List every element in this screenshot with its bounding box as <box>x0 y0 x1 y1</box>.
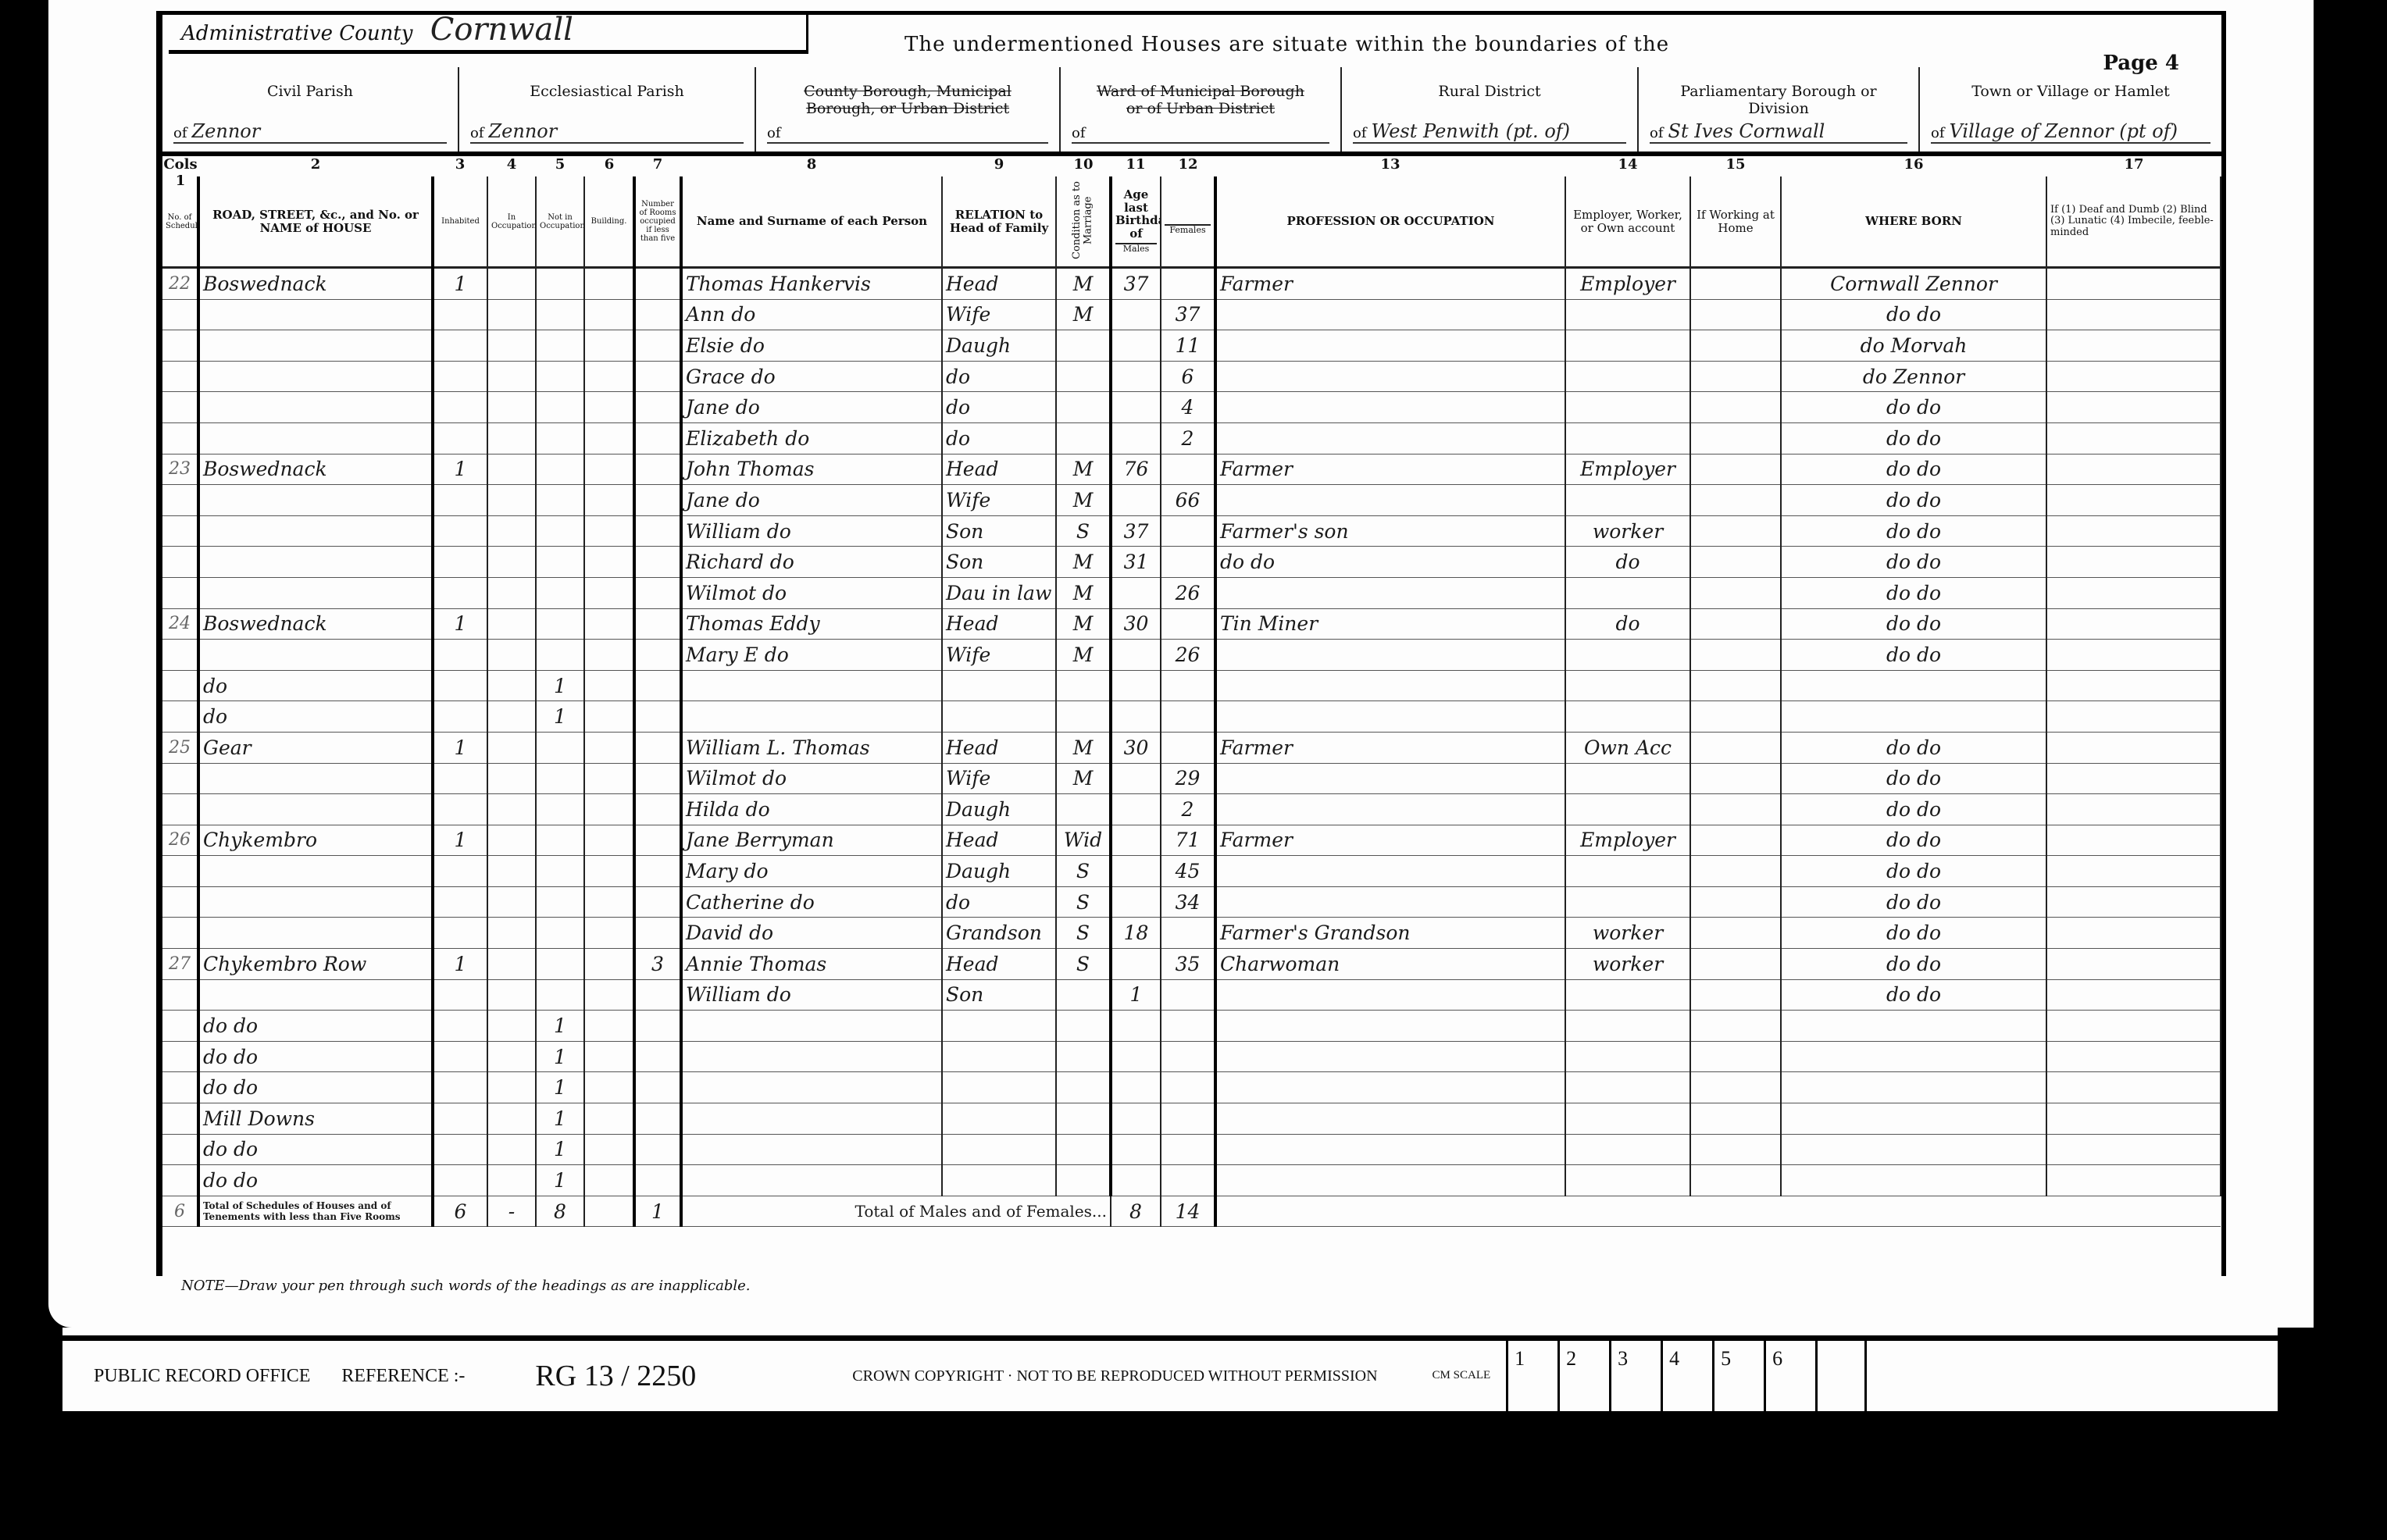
in-occupation-cell <box>487 268 536 300</box>
inhabited-cell <box>433 640 487 671</box>
building-cell <box>584 763 634 794</box>
rooms-cell <box>634 268 681 300</box>
relation-cell <box>942 1041 1056 1072</box>
inhabited-cell <box>433 918 487 949</box>
working-home-cell <box>1690 640 1781 671</box>
total-females: 14 <box>1161 1196 1215 1227</box>
not-in-occupation-cell <box>536 330 584 362</box>
not-in-occupation-cell: 1 <box>536 670 584 701</box>
male-age-cell <box>1111 361 1161 392</box>
rooms-cell <box>634 979 681 1011</box>
female-age-cell <box>1161 1041 1215 1072</box>
relation-cell: Wife <box>942 299 1056 330</box>
inhabited-cell <box>433 515 487 547</box>
road-cell: do do <box>198 1072 433 1103</box>
working-home-cell <box>1690 299 1781 330</box>
building-cell <box>584 330 634 362</box>
female-age-cell: 2 <box>1161 422 1215 454</box>
relation-cell <box>942 701 1056 733</box>
where-born-cell: do do <box>1781 918 2046 949</box>
working-home-cell <box>1690 763 1781 794</box>
building-cell <box>584 1134 634 1165</box>
road-cell: do do <box>198 1165 433 1196</box>
where-born-cell: do do <box>1781 422 2046 454</box>
infirmity-cell <box>2046 1011 2221 1042</box>
table-row: Hilda doDaugh2do do <box>162 794 2221 825</box>
relation-cell: Daugh <box>942 856 1056 887</box>
where-born-cell <box>1781 1165 2046 1196</box>
building-cell <box>584 1103 634 1135</box>
scale-cell: 5 <box>1712 1341 1764 1411</box>
occupation-cell <box>1215 1103 1565 1135</box>
in-occupation-cell <box>487 515 536 547</box>
table-row: 22Boswednack1Thomas HankervisHeadM37Farm… <box>162 268 2221 300</box>
condition-cell <box>1056 670 1111 701</box>
not-in-occupation-cell <box>536 949 584 980</box>
working-home-cell <box>1690 361 1781 392</box>
in-occupation-cell <box>487 299 536 330</box>
inhabited-cell <box>433 1165 487 1196</box>
occupation-cell <box>1215 330 1565 362</box>
table-row: 26Chykembro1Jane BerrymanHeadWid71Farmer… <box>162 825 2221 856</box>
occupation-cell: Farmer <box>1215 732 1565 763</box>
footer-band: PUBLIC RECORD OFFICE REFERENCE :- RG 13 … <box>62 1335 2278 1417</box>
inhabited-cell <box>433 547 487 578</box>
not-in-occupation-cell: 1 <box>536 1165 584 1196</box>
rooms-cell <box>634 299 681 330</box>
in-occupation-cell <box>487 918 536 949</box>
building-cell <box>584 515 634 547</box>
male-age-cell: 37 <box>1111 515 1161 547</box>
working-home-cell <box>1690 1165 1781 1196</box>
in-occupation-cell <box>487 1072 536 1103</box>
relation-cell: Head <box>942 608 1056 640</box>
table-row: Grace dodo6do Zennor <box>162 361 2221 392</box>
schedule-cell <box>162 1165 198 1196</box>
male-age-cell <box>1111 640 1161 671</box>
male-age-cell <box>1111 422 1161 454</box>
condition-cell: M <box>1056 608 1111 640</box>
condition-cell: Wid <box>1056 825 1111 856</box>
female-age-cell: 26 <box>1161 577 1215 608</box>
not-in-occupation-cell <box>536 825 584 856</box>
name-cell <box>681 1072 942 1103</box>
not-in-occupation-cell <box>536 577 584 608</box>
female-age-cell <box>1161 918 1215 949</box>
col-num: 4 <box>487 156 536 176</box>
schedule-cell <box>162 515 198 547</box>
not-in-occupation-cell <box>536 794 584 825</box>
rooms-cell <box>634 825 681 856</box>
name-cell: Elizabeth do <box>681 422 942 454</box>
male-age-cell <box>1111 886 1161 918</box>
col-num: 16 <box>1781 156 2046 176</box>
male-age-cell <box>1111 763 1161 794</box>
scale-cell: 2 <box>1557 1341 1609 1411</box>
col-num: 17 <box>2046 156 2221 176</box>
schedule-cell: 25 <box>162 732 198 763</box>
col-num: 15 <box>1690 156 1781 176</box>
female-age-cell: 2 <box>1161 794 1215 825</box>
name-cell: Elsie do <box>681 330 942 362</box>
inhabited-cell <box>433 856 487 887</box>
rooms-cell <box>634 608 681 640</box>
where-born-cell: do Morvah <box>1781 330 2046 362</box>
name-cell: David do <box>681 918 942 949</box>
where-born-cell: do do <box>1781 794 2046 825</box>
name-cell: Wilmot do <box>681 763 942 794</box>
infirmity-cell <box>2046 763 2221 794</box>
inhabited-cell: 1 <box>433 268 487 300</box>
occupation-cell: Farmer's Grandson <box>1215 918 1565 949</box>
not-in-occupation-cell <box>536 732 584 763</box>
table-row: Wilmot doDau in lawM26do do <box>162 577 2221 608</box>
admin-county-value: Cornwall <box>430 12 573 48</box>
footer-reference: RG 13 / 2250 <box>535 1359 696 1393</box>
condition-cell <box>1056 1011 1111 1042</box>
table-row: William doSon1do do <box>162 979 2221 1011</box>
occupation-cell: do do <box>1215 547 1565 578</box>
infirmity-cell <box>2046 392 2221 423</box>
road-cell: do <box>198 670 433 701</box>
name-cell: Hilda do <box>681 794 942 825</box>
table-row: Richard doSonM31do dododo do <box>162 547 2221 578</box>
col-num: 13 <box>1215 156 1565 176</box>
name-cell: Jane do <box>681 392 942 423</box>
working-home-cell <box>1690 1072 1781 1103</box>
relation-cell: Wife <box>942 763 1056 794</box>
table-row: 27Chykembro Row13Annie ThomasHeadS35Char… <box>162 949 2221 980</box>
working-home-cell <box>1690 701 1781 733</box>
name-cell: Mary do <box>681 856 942 887</box>
name-cell <box>681 1011 942 1042</box>
name-cell: John Thomas <box>681 454 942 485</box>
rooms-cell <box>634 577 681 608</box>
building-cell <box>584 1072 634 1103</box>
building-cell <box>584 701 634 733</box>
inhabited-cell <box>433 1041 487 1072</box>
name-cell: Mary E do <box>681 640 942 671</box>
building-cell <box>584 299 634 330</box>
working-home-cell <box>1690 454 1781 485</box>
where-born-cell: Cornwall Zennor <box>1781 268 2046 300</box>
occupation-cell <box>1215 701 1565 733</box>
female-age-cell: 37 <box>1161 299 1215 330</box>
scale-cell: 3 <box>1609 1341 1661 1411</box>
building-cell <box>584 918 634 949</box>
in-occupation-cell <box>487 825 536 856</box>
occupation-cell: Tin Miner <box>1215 608 1565 640</box>
condition-cell <box>1056 701 1111 733</box>
infirmity-cell <box>2046 732 2221 763</box>
female-age-cell: 35 <box>1161 949 1215 980</box>
in-occupation-cell <box>487 608 536 640</box>
inhabited-cell <box>433 1072 487 1103</box>
footer-office: PUBLIC RECORD OFFICE <box>94 1366 310 1387</box>
column-numbers: Cols 1 2 3 4 5 6 7 8 9 10 11 12 13 14 15… <box>162 156 2221 176</box>
female-age-cell <box>1161 732 1215 763</box>
schedule-cell: 24 <box>162 608 198 640</box>
condition-cell: M <box>1056 763 1111 794</box>
not-in-occupation-cell <box>536 454 584 485</box>
employer-cell <box>1565 794 1690 825</box>
occupation-cell: Farmer <box>1215 268 1565 300</box>
table-row: Mary E doWifeM26do do <box>162 640 2221 671</box>
infirmity-cell <box>2046 640 2221 671</box>
working-home-cell <box>1690 330 1781 362</box>
employer-cell <box>1565 422 1690 454</box>
road-cell <box>198 515 433 547</box>
infirmity-cell <box>2046 547 2221 578</box>
in-occupation-cell <box>487 949 536 980</box>
road-cell <box>198 856 433 887</box>
where-born-cell <box>1781 1072 2046 1103</box>
building-cell <box>584 268 634 300</box>
in-occupation-cell <box>487 1011 536 1042</box>
male-age-cell: 30 <box>1111 608 1161 640</box>
rooms-cell: 3 <box>634 949 681 980</box>
schedule-cell <box>162 361 198 392</box>
male-age-cell <box>1111 794 1161 825</box>
relation-cell: do <box>942 392 1056 423</box>
rooms-cell <box>634 640 681 671</box>
not-in-occupation-cell <box>536 918 584 949</box>
working-home-cell <box>1690 1011 1781 1042</box>
where-born-cell <box>1781 1103 2046 1135</box>
admin-county: Administrative County Cornwall <box>169 11 808 54</box>
condition-cell <box>1056 1041 1111 1072</box>
relation-cell: do <box>942 422 1056 454</box>
total-in-occupation: - <box>487 1196 536 1227</box>
occupation-cell <box>1215 763 1565 794</box>
relation-cell: Son <box>942 515 1056 547</box>
in-occupation-cell <box>487 547 536 578</box>
occupation-cell: Charwoman <box>1215 949 1565 980</box>
where-born-cell: do do <box>1781 485 2046 516</box>
employer-cell <box>1565 1134 1690 1165</box>
relation-cell <box>942 1011 1056 1042</box>
employer-cell <box>1565 886 1690 918</box>
road-cell: Mill Downs <box>198 1103 433 1135</box>
inhabited-cell: 1 <box>433 825 487 856</box>
table-row: 23Boswednack1John ThomasHeadM76FarmerEmp… <box>162 454 2221 485</box>
infirmity-cell <box>2046 515 2221 547</box>
in-occupation-cell <box>487 763 536 794</box>
infirmity-cell <box>2046 979 2221 1011</box>
rooms-cell <box>634 485 681 516</box>
female-age-cell <box>1161 1134 1215 1165</box>
male-age-cell <box>1111 392 1161 423</box>
infirmity-cell <box>2046 608 2221 640</box>
table-row: do1 <box>162 701 2221 733</box>
relation-cell <box>942 1072 1056 1103</box>
footer-copyright: CROWN COPYRIGHT · NOT TO BE REPRODUCED W… <box>852 1367 1377 1385</box>
th-not-in-occupation: Not in Occupation. <box>536 176 584 268</box>
in-occupation-cell <box>487 454 536 485</box>
table-row: Elizabeth dodo2do do <box>162 422 2221 454</box>
relation-cell: Daugh <box>942 794 1056 825</box>
table-row: Jane dodo4do do <box>162 392 2221 423</box>
col-num: 12 <box>1161 156 1215 176</box>
rooms-cell <box>634 547 681 578</box>
table-row: 24Boswednack1Thomas EddyHeadM30Tin Miner… <box>162 608 2221 640</box>
condition-cell: M <box>1056 547 1111 578</box>
road-cell <box>198 577 433 608</box>
condition-cell: S <box>1056 918 1111 949</box>
inhabited-cell: 1 <box>433 949 487 980</box>
building-cell <box>584 949 634 980</box>
working-home-cell <box>1690 422 1781 454</box>
male-age-cell <box>1111 949 1161 980</box>
schedule-cell <box>162 856 198 887</box>
working-home-cell <box>1690 608 1781 640</box>
road-cell: do <box>198 701 433 733</box>
occupation-cell <box>1215 1134 1565 1165</box>
road-cell <box>198 361 433 392</box>
census-table: No. of Schedule ROAD, STREET, &c., and N… <box>162 176 2221 1227</box>
building-cell <box>584 1165 634 1196</box>
table-row: do do1 <box>162 1072 2221 1103</box>
rooms-cell <box>634 1134 681 1165</box>
condition-cell: M <box>1056 732 1111 763</box>
road-cell <box>198 918 433 949</box>
not-in-occupation-cell <box>536 979 584 1011</box>
condition-cell <box>1056 1165 1111 1196</box>
district-ecclesiastical-parish: Ecclesiastical ParishofZennor <box>459 67 756 152</box>
infirmity-cell <box>2046 1041 2221 1072</box>
name-cell: William L. Thomas <box>681 732 942 763</box>
where-born-cell: do do <box>1781 640 2046 671</box>
building-cell <box>584 1041 634 1072</box>
th-name: Name and Surname of each Person <box>681 176 942 268</box>
col-num: 8 <box>681 156 942 176</box>
occupation-cell <box>1215 1041 1565 1072</box>
road-cell: Gear <box>198 732 433 763</box>
name-cell: William do <box>681 979 942 1011</box>
district-parliamentary: Parliamentary Borough or DivisionofSt Iv… <box>1639 67 1920 152</box>
employer-cell: worker <box>1565 515 1690 547</box>
table-row: Ann doWifeM37do do <box>162 299 2221 330</box>
table-row: do do1 <box>162 1165 2221 1196</box>
table-row: William doSonS37Farmer's sonworkerdo do <box>162 515 2221 547</box>
admin-county-label: Administrative County <box>181 22 412 45</box>
employer-cell <box>1565 1011 1690 1042</box>
building-cell <box>584 794 634 825</box>
relation-cell: Grandson <box>942 918 1056 949</box>
condition-cell: S <box>1056 856 1111 887</box>
inhabited-cell <box>433 886 487 918</box>
working-home-cell <box>1690 732 1781 763</box>
building-cell <box>584 825 634 856</box>
road-cell <box>198 547 433 578</box>
building-cell <box>584 547 634 578</box>
occupation-cell <box>1215 640 1565 671</box>
male-age-cell <box>1111 1165 1161 1196</box>
male-age-cell <box>1111 485 1161 516</box>
th-age-females: Females <box>1161 176 1215 268</box>
infirmity-cell <box>2046 949 2221 980</box>
scale-cell: 4 <box>1661 1341 1712 1411</box>
condition-cell: S <box>1056 515 1111 547</box>
relation-cell: Head <box>942 825 1056 856</box>
infirmity-cell <box>2046 299 2221 330</box>
not-in-occupation-cell: 1 <box>536 1103 584 1135</box>
condition-cell <box>1056 794 1111 825</box>
col-num: 5 <box>536 156 584 176</box>
building-cell <box>584 485 634 516</box>
relation-cell: Son <box>942 979 1056 1011</box>
th-schedule: No. of Schedule <box>162 176 198 268</box>
building-cell <box>584 1011 634 1042</box>
relation-cell: Wife <box>942 485 1056 516</box>
district-rural: Rural DistrictofWest Penwith (pt. of) <box>1342 67 1639 152</box>
condition-cell: M <box>1056 299 1111 330</box>
th-building: Building. <box>584 176 634 268</box>
th-relation: RELATION to Head of Family <box>942 176 1056 268</box>
male-age-cell <box>1111 1134 1161 1165</box>
col-num: 10 <box>1056 156 1111 176</box>
district-civil-parish: Civil ParishofZennor <box>162 67 459 152</box>
working-home-cell <box>1690 392 1781 423</box>
female-age-cell: 4 <box>1161 392 1215 423</box>
working-home-cell <box>1690 1041 1781 1072</box>
name-cell: Thomas Hankervis <box>681 268 942 300</box>
relation-cell: do <box>942 886 1056 918</box>
road-cell <box>198 299 433 330</box>
relation-cell: Head <box>942 268 1056 300</box>
female-age-cell <box>1161 1165 1215 1196</box>
infirmity-cell <box>2046 1134 2221 1165</box>
building-cell <box>584 886 634 918</box>
condition-cell <box>1056 330 1111 362</box>
col-num: 2 <box>198 156 433 176</box>
relation-cell: Daugh <box>942 330 1056 362</box>
road-cell: Chykembro Row <box>198 949 433 980</box>
inhabited-cell: 1 <box>433 732 487 763</box>
employer-cell <box>1565 577 1690 608</box>
in-occupation-cell <box>487 361 536 392</box>
where-born-cell: do do <box>1781 856 2046 887</box>
name-cell: Grace do <box>681 361 942 392</box>
working-home-cell <box>1690 979 1781 1011</box>
in-occupation-cell <box>487 1134 536 1165</box>
rooms-cell <box>634 1165 681 1196</box>
employer-cell <box>1565 485 1690 516</box>
road-cell: Chykembro <box>198 825 433 856</box>
working-home-cell <box>1690 918 1781 949</box>
schedule-cell: 23 <box>162 454 198 485</box>
schedule-cell <box>162 886 198 918</box>
infirmity-cell <box>2046 794 2221 825</box>
rooms-cell <box>634 1011 681 1042</box>
employer-cell: Employer <box>1565 454 1690 485</box>
inhabited-cell <box>433 1134 487 1165</box>
male-age-cell <box>1111 1072 1161 1103</box>
road-cell <box>198 794 433 825</box>
infirmity-cell <box>2046 1072 2221 1103</box>
working-home-cell <box>1690 547 1781 578</box>
name-cell: Jane do <box>681 485 942 516</box>
inhabited-cell: 1 <box>433 454 487 485</box>
condition-cell: M <box>1056 640 1111 671</box>
occupation-cell <box>1215 361 1565 392</box>
road-cell <box>198 763 433 794</box>
schedule-cell <box>162 701 198 733</box>
in-occupation-cell <box>487 1165 536 1196</box>
inhabited-cell <box>433 1011 487 1042</box>
inhabited-cell <box>433 422 487 454</box>
th-infirmity: If (1) Deaf and Dumb (2) Blind (3) Lunat… <box>2046 176 2221 268</box>
